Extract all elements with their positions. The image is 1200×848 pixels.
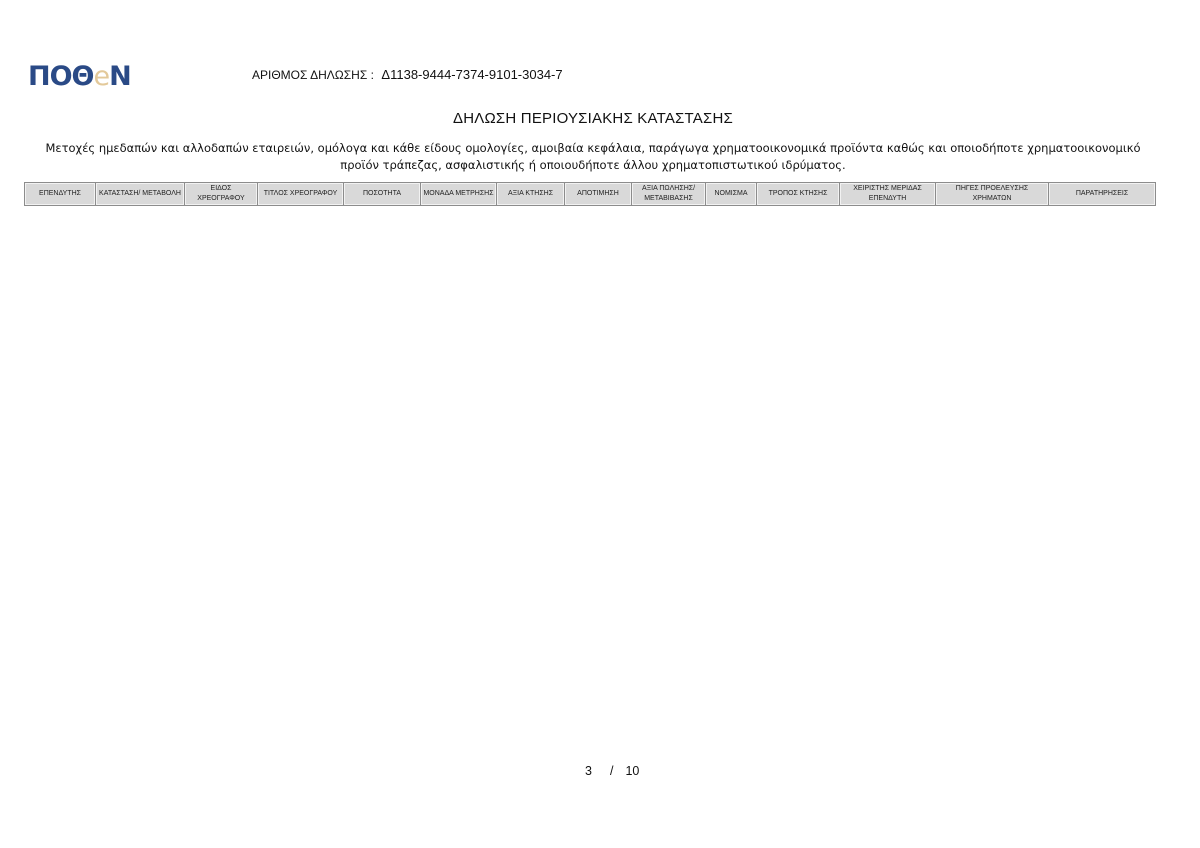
column-header: ΤΡΟΠΟΣ ΚΤΗΣΗΣ xyxy=(757,183,840,206)
column-header: ΠΟΣΟΤΗΤΑ xyxy=(344,183,421,206)
total-pages: 10 xyxy=(625,763,639,779)
page-indicator: 3/10 xyxy=(585,763,639,779)
column-header: ΑΞΙΑ ΠΩΛΗΣΗΣ/ ΜΕΤΑΒΙΒΑΣΗΣ xyxy=(632,183,706,206)
column-header: ΕΙΔΟΣ ΧΡΕΟΓΡΑΦΟΥ xyxy=(185,183,258,206)
column-header: ΕΠΕΝΔΥΤΗΣ xyxy=(25,183,96,206)
table-header-row: ΕΠΕΝΔΥΤΗΣ ΚΑΤΑΣΤΑΣΗ/ ΜΕΤΑΒΟΛΗ ΕΙΔΟΣ ΧΡΕΟ… xyxy=(25,183,1156,206)
assets-table: ΕΠΕΝΔΥΤΗΣ ΚΑΤΑΣΤΑΣΗ/ ΜΕΤΑΒΟΛΗ ΕΙΔΟΣ ΧΡΕΟ… xyxy=(24,182,1156,206)
current-page: 3 xyxy=(585,763,592,779)
column-header: ΤΙΤΛΟΣ ΧΡΕΟΓΡΑΦΟΥ xyxy=(258,183,344,206)
column-header: ΑΠΟΤΙΜΗΣΗ xyxy=(565,183,632,206)
page-separator: / xyxy=(610,763,613,779)
declaration-number-label: ΑΡΙΘΜΟΣ ΔΗΛΩΣΗΣ : xyxy=(252,68,374,82)
logo-text-3: Ν xyxy=(109,61,131,92)
pothen-logo: ΠΟΘeΝ xyxy=(28,62,131,92)
declaration-number: ΑΡΙΘΜΟΣ ΔΗΛΩΣΗΣ : Δ1138-9444-7374-9101-3… xyxy=(252,67,563,83)
column-header: ΝΟΜΙΣΜΑ xyxy=(706,183,757,206)
column-header: ΠΗΓΕΣ ΠΡΟΕΛΕΥΣΗΣ ΧΡΗΜΑΤΩΝ xyxy=(936,183,1049,206)
logo-text-1: ΠΟΘ xyxy=(28,61,94,92)
column-header: ΚΑΤΑΣΤΑΣΗ/ ΜΕΤΑΒΟΛΗ xyxy=(96,183,185,206)
page-title: ΔΗΛΩΣΗ ΠΕΡΙΟΥΣΙΑΚΗΣ ΚΑΤΑΣΤΑΣΗΣ xyxy=(0,110,1186,128)
column-header: ΜΟΝΑΔΑ ΜΕΤΡΗΣΗΣ xyxy=(421,183,497,206)
logo-text-2: e xyxy=(94,61,110,92)
column-header: ΠΑΡΑΤΗΡΗΣΕΙΣ xyxy=(1049,183,1156,206)
section-description: Μετοχές ημεδαπών και αλλοδαπών εταιρειών… xyxy=(30,140,1156,174)
column-header: ΧΕΙΡΙΣΤΗΣ ΜΕΡΙΔΑΣ ΕΠΕΝΔΥΤΗ xyxy=(840,183,936,206)
declaration-number-value: Δ1138-9444-7374-9101-3034-7 xyxy=(381,67,562,82)
column-header: ΑΞΙΑ ΚΤΗΣΗΣ xyxy=(497,183,565,206)
